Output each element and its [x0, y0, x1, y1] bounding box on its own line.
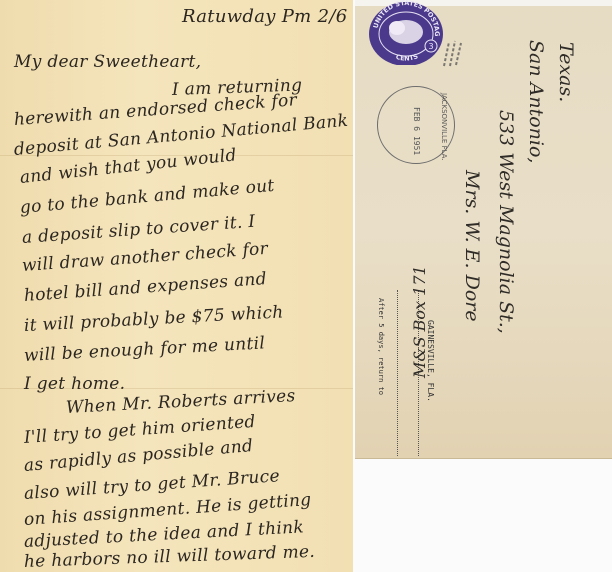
letter-salutation: My dear Sweetheart,: [14, 52, 201, 72]
letter-line: hotel bill and expenses and: [23, 269, 267, 306]
recipient-state: Texas.: [555, 42, 577, 102]
envelope: UNITED STATES POSTAGE CENTS 3 FEB 6 1951…: [355, 0, 612, 459]
return-city: GAINESVILLE, FLA.: [426, 320, 435, 402]
return-label: After 5 days, return to: [377, 298, 385, 395]
dotted-guide-line: [397, 290, 398, 456]
postmark-city: JACKSONVILLE FLA.: [440, 93, 448, 161]
postmark-day: 6: [412, 126, 421, 131]
wavy-cancellation-icon: [440, 38, 470, 72]
svg-text:3: 3: [429, 42, 434, 51]
postmark-month: FEB: [412, 107, 421, 121]
letter-date: Ratuwday Pm 2/6: [182, 6, 347, 27]
postmark-year: 1951: [412, 136, 421, 155]
recipient-city: San Antonio,: [525, 40, 547, 163]
handwritten-letter: Ratuwday Pm 2/6 My dear Sweetheart, I am…: [0, 0, 353, 572]
letter-line: will be enough for me until: [23, 333, 265, 366]
recipient-name: Mrs. W. E. Dore: [461, 170, 483, 322]
circular-postmark-icon: FEB 6 1951 JACKSONVILLE FLA.: [377, 86, 455, 164]
presidential-bust-stamp-icon: UNITED STATES POSTAGE CENTS 3: [367, 0, 445, 65]
recipient-street: 533 West Magnolia St.,: [495, 110, 517, 334]
letter-line: it will probably be $75 which: [23, 302, 284, 336]
letter-line: I get home.: [24, 374, 125, 394]
